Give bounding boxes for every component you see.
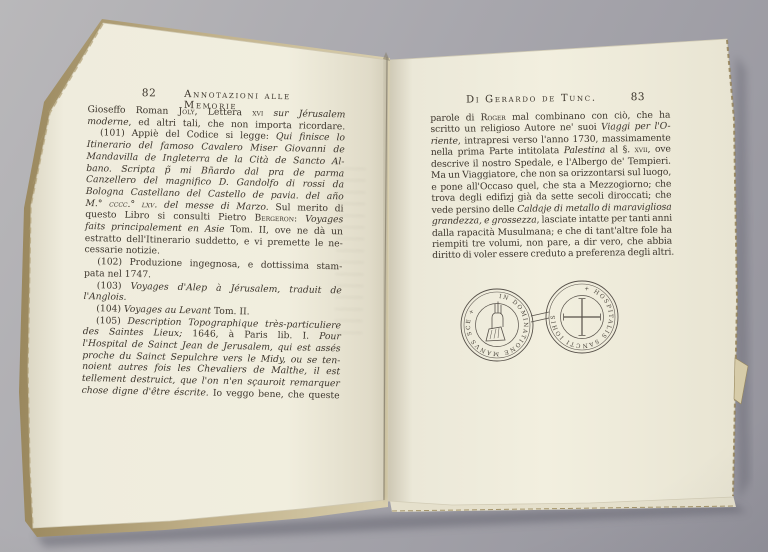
page-number-left: 82 [142, 87, 157, 99]
left-page-text: 82 Annotazioni alle Memorie Gioseffo Rom… [81, 86, 345, 402]
left-running-header-row: 82 Annotazioni alle Memorie [88, 86, 346, 103]
running-header-right: Di Gerardo de Tunc. [466, 93, 597, 106]
right-page-body: parole di Roger mal combinano con ciò, c… [430, 110, 672, 262]
printed-text-layer: 82 Annotazioni alle Memorie Gioseffo Rom… [0, 0, 768, 552]
body-line: diritto di voler essere creduto a prefer… [432, 247, 672, 262]
book-photograph: IN DOMINATIONE MANVS SCE + + HOSPITALIS … [0, 0, 768, 552]
left-page-body: Gioseffo Roman Joly, Lettera xvi sur Jér… [81, 104, 345, 402]
right-page-text: Di Gerardo de Tunc. 83 parole di Roger m… [430, 91, 672, 262]
page-number-right: 83 [631, 91, 646, 103]
right-running-header-row: Di Gerardo de Tunc. 83 [430, 91, 670, 106]
